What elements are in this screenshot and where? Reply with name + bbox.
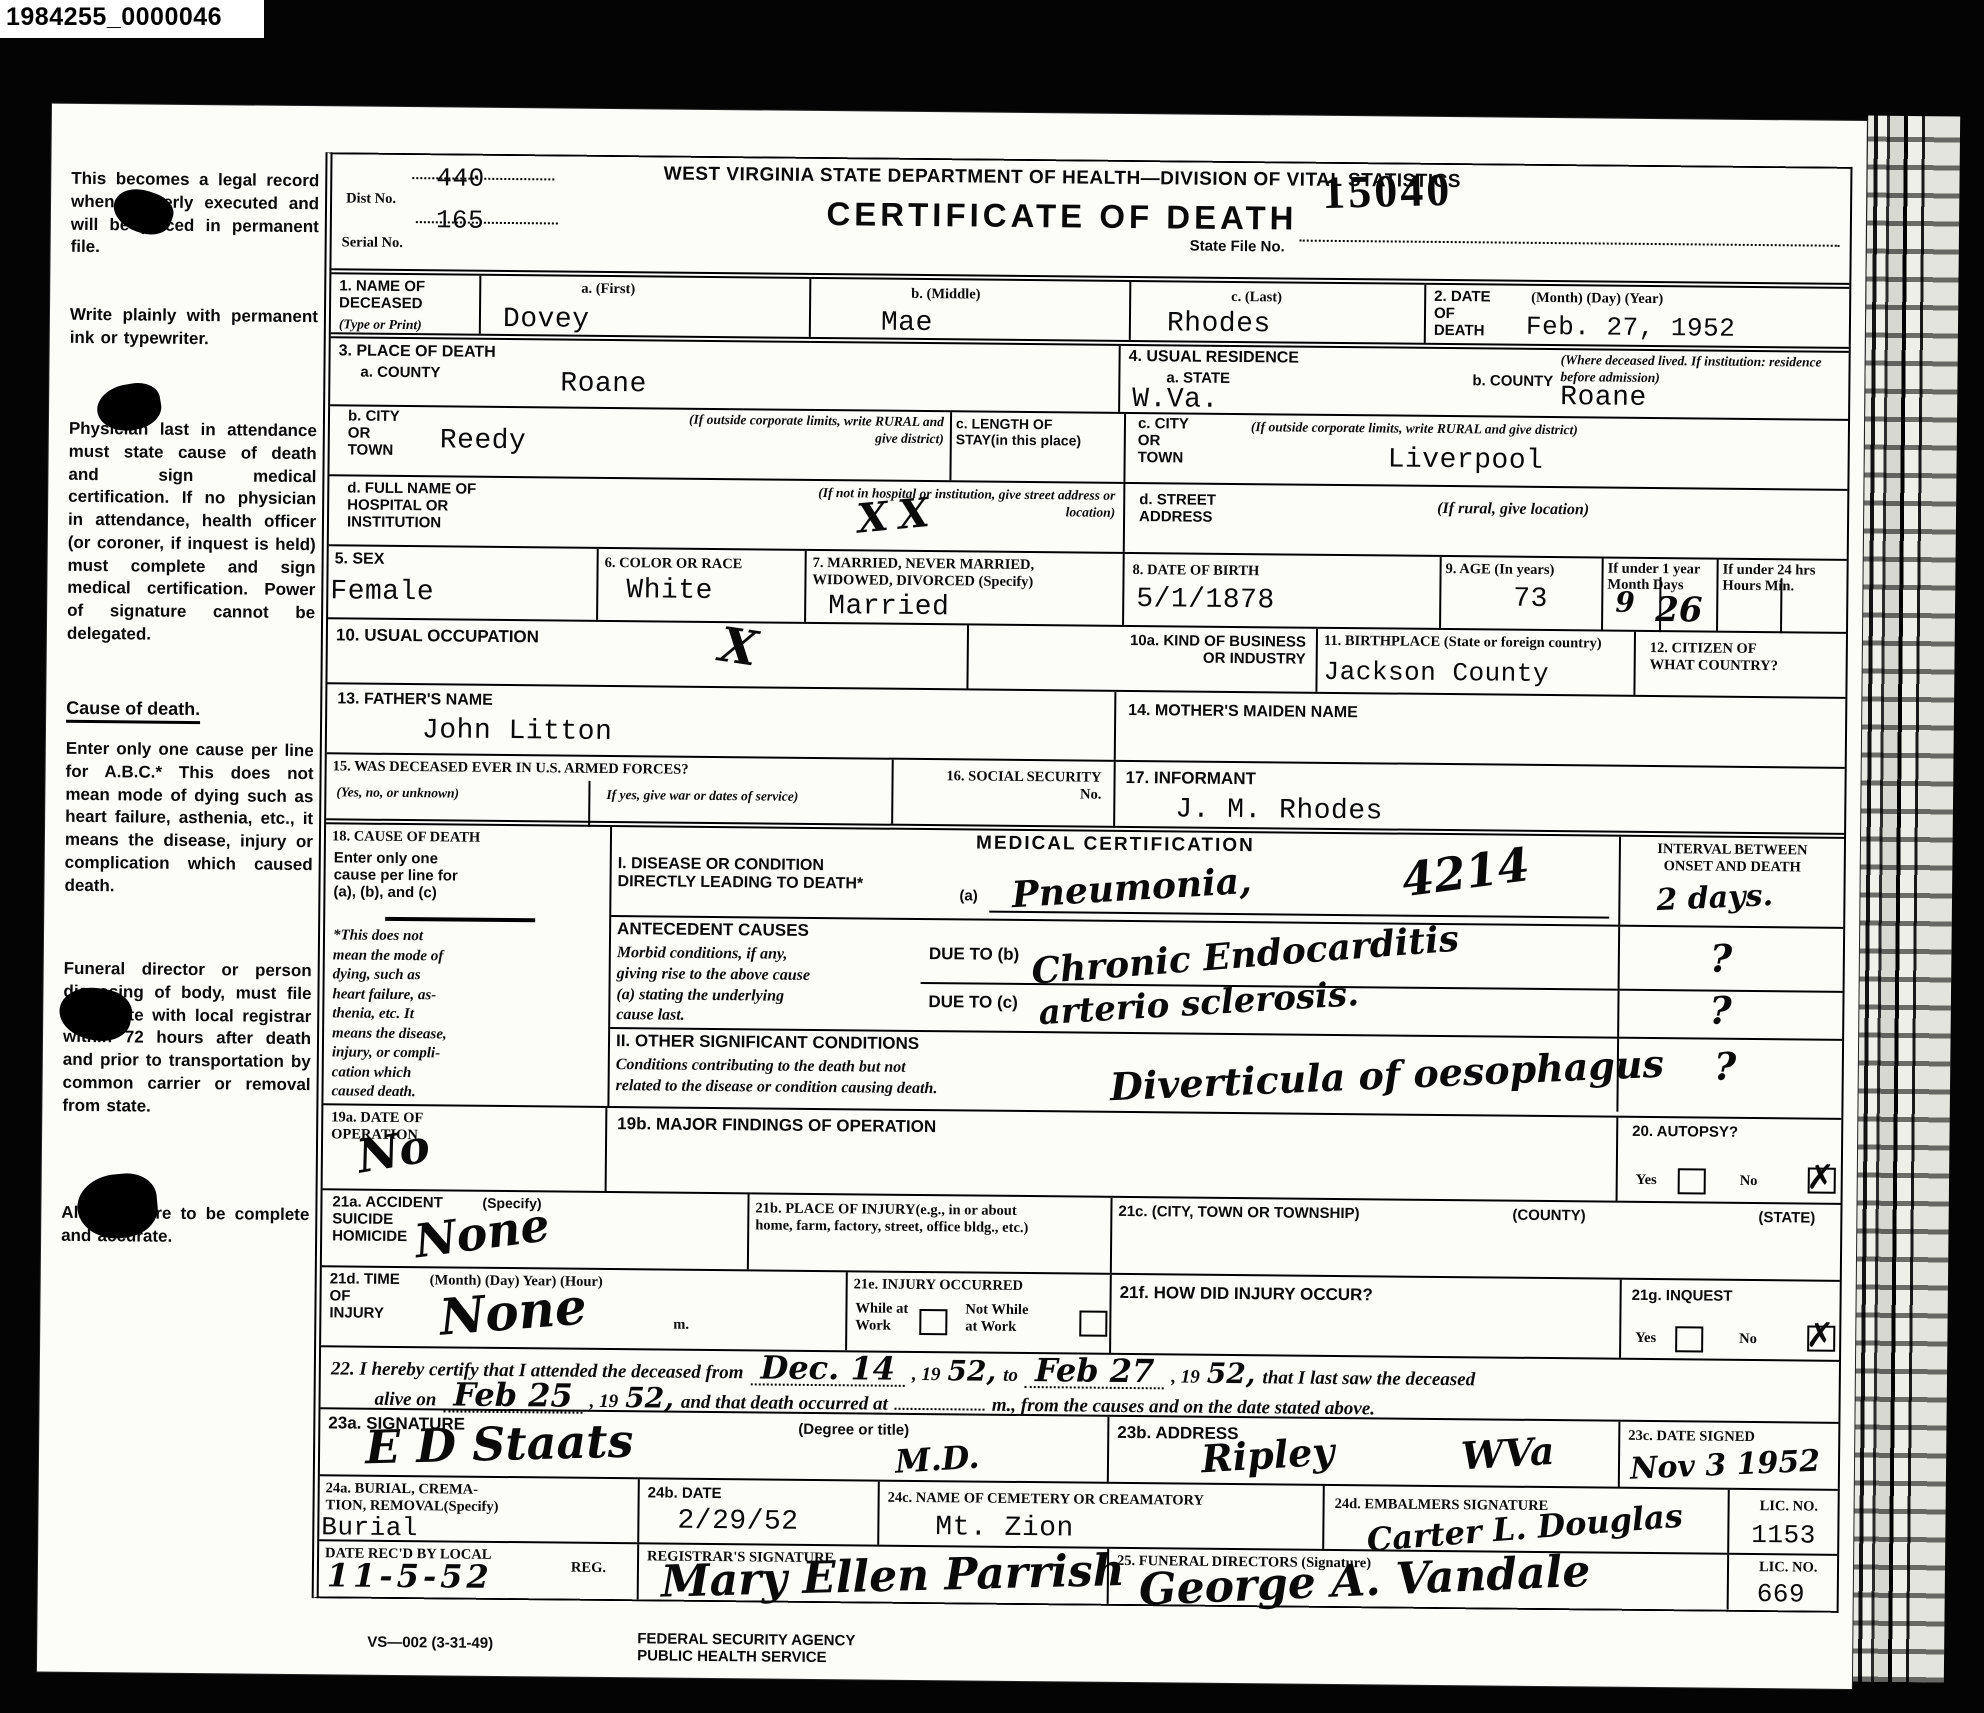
under24-divider xyxy=(1780,578,1783,633)
cell-place-of-injury: 21b. PLACE OF INJURY(e.g., in or about h… xyxy=(749,1194,1113,1272)
margin-note-physician: Physician last in attendance must state … xyxy=(67,418,317,648)
interval-header-cell: INTERVAL BETWEEN ONSET AND DEATH 2 days. xyxy=(1618,837,1844,927)
cell-street-address: d. STREET ADDRESS (If rural, give locati… xyxy=(1125,484,1848,559)
scan-document-id: 1984255_0000046 xyxy=(6,3,222,32)
cell-length-of-stay: c. LENGTH OF STAY(in this place) xyxy=(951,412,1126,482)
street-note: (If rural, give location) xyxy=(1437,499,1589,521)
margin-note-ink: Write plainly with permanent ink or type… xyxy=(70,304,318,352)
certify-blank-line xyxy=(895,1390,985,1411)
cell-res-city: c. CITY OR TOWN (If outside corporate li… xyxy=(1125,414,1848,489)
row-medical-certification: 18. CAUSE OF DEATH Enter only one cause … xyxy=(323,824,1844,1120)
cause-of-death-label: 18. CAUSE OF DEATH xyxy=(332,828,480,847)
disease-label: I. DISEASE OR CONDITION DIRECTLY LEADING… xyxy=(617,855,863,893)
cell-usual-residence: 4. USUAL RESIDENCE (Where deceased lived… xyxy=(1120,346,1849,419)
while-at-work-label: While at Work xyxy=(855,1300,908,1335)
cell-sex: 5. SEX Female xyxy=(328,546,599,620)
date-of-death-value: Feb. 27, 1952 xyxy=(1526,312,1736,344)
while-at-work-checkbox xyxy=(919,1309,947,1335)
certificate-page: This becomes a legal record when properl… xyxy=(37,104,1867,1689)
cell-age: 9. AGE (In years) 73 xyxy=(1441,557,1604,630)
citizen-label: 12. CITIZEN OF WHAT COUNTRY? xyxy=(1650,640,1779,676)
medical-row-bc: ANTECEDENT CAUSES Morbid conditions, if … xyxy=(610,917,1843,1041)
address-state-handwritten: WVa xyxy=(1460,1432,1555,1476)
cell-inquest: 21g. INQUEST Yes No ✗ xyxy=(1621,1280,1840,1360)
other-conditions-value-handwritten: Diverticula of oesophagus xyxy=(1109,1045,1664,1107)
cell-hospital: d. FULL NAME OF HOSPITAL OR INSTITUTION … xyxy=(329,476,1126,552)
not-while-at-work-checkbox xyxy=(1080,1311,1108,1337)
cell-citizen: 12. CITIZEN OF WHAT COUNTRY? xyxy=(1635,632,1846,697)
date-signed-label: 23c. DATE SIGNED xyxy=(1628,1428,1755,1447)
date-of-death-sublabel: (Month) (Day) (Year) xyxy=(1531,290,1663,309)
inquest-no-x-mark: ✗ xyxy=(1806,1316,1835,1356)
funeral-lic-label: LIC. NO. xyxy=(1759,1559,1818,1577)
cemetery-value: Mt. Zion xyxy=(935,1512,1074,1544)
armed-forces-label: 15. WAS DECEASED EVER IN U.S. ARMED FORC… xyxy=(333,758,689,779)
burial-label: 24a. BURIAL, CREMA- TION, REMOVAL(Specif… xyxy=(325,1480,498,1516)
interval-b-value: ? xyxy=(1710,940,1733,978)
middle-name-value: Mae xyxy=(881,308,933,339)
cell-physician-address: 23b. ADDRESS Ripley WVa xyxy=(1109,1417,1621,1487)
cell-burial-date: 24b. DATE 2/29/52 xyxy=(639,1479,880,1544)
res-county-value: Roane xyxy=(1560,382,1647,414)
cell-injury-occurred: 21e. INJURY OCCURRED While at Work Not W… xyxy=(847,1272,1112,1353)
injury-occurred-label: 21e. INJURY OCCURRED xyxy=(854,1276,1023,1295)
cause-note-1: Enter only one cause per line for (a), (… xyxy=(333,850,458,902)
cell-accident: 21a. ACCIDENT SUICIDE HOMICIDE (Specify)… xyxy=(322,1190,750,1269)
margin-instructions: This becomes a legal record when properl… xyxy=(71,164,319,166)
autopsy-no-checkbox: ✗ xyxy=(1808,1168,1836,1194)
state-file-no-label: State File No. xyxy=(1190,239,1285,257)
occupation-value-handwritten: X xyxy=(716,621,760,674)
father-value: John Litton xyxy=(422,715,613,748)
injury-city-label: 21c. (CITY, TOWN OR TOWNSHIP) xyxy=(1118,1204,1359,1223)
funeral-lic-value: 669 xyxy=(1757,1579,1806,1609)
cell-mother: 14. MOTHER'S MAIDEN NAME xyxy=(1116,692,1846,767)
antecedent-label: ANTECEDENT CAUSES xyxy=(617,919,809,940)
interval-label: INTERVAL BETWEEN ONSET AND DEATH xyxy=(1621,841,1844,878)
first-name-label: a. (First) xyxy=(581,281,635,299)
residence-label: 4. USUAL RESIDENCE xyxy=(1129,348,1300,368)
cell-embalmer: 24d. EMBALMERS SIGNATURE Carter L. Dougl… xyxy=(1324,1486,1730,1553)
cell-cause-of-death-column: 18. CAUSE OF DEATH Enter only one cause … xyxy=(323,824,612,1106)
cell-date-signed: 23c. DATE SIGNED Nov 3 1952 xyxy=(1620,1422,1839,1489)
row-time-of-injury: 21d. TIME OF INJURY (Month) (Day) Year) … xyxy=(321,1267,1840,1362)
cell-how-injury: 21f. HOW DID INJURY OCCUR? xyxy=(1111,1275,1622,1358)
res-city-note: (If outside corporate limits, write RURA… xyxy=(1251,419,1691,440)
margin-note-legal: This becomes a legal record when properl… xyxy=(71,168,320,261)
cell-name-label: 1. NAME OF DECEASED (Type or Print) xyxy=(331,274,482,333)
res-state-value: W.Va. xyxy=(1132,384,1219,416)
due-to-c-value-handwritten: arterio sclerosis. xyxy=(1038,977,1360,1030)
interval-c-value: ? xyxy=(1709,992,1732,1030)
burial-date-label: 24b. DATE xyxy=(648,1485,722,1503)
cell-funeral-lic: LIC. NO. 669 xyxy=(1729,1555,1838,1611)
length-of-stay-label: c. LENGTH OF STAY(in this place) xyxy=(956,416,1082,449)
mother-label: 14. MOTHER'S MAIDEN NAME xyxy=(1128,702,1358,722)
cell-injury-city: 21c. (CITY, TOWN OR TOWNSHIP) (COUNTY) (… xyxy=(1112,1198,1841,1280)
date-received-label-2: REG. xyxy=(571,1560,606,1578)
pod-city-value: Reedy xyxy=(440,425,527,457)
form-header: Dist No. 440 Serial No. 165 WEST VIRGINI… xyxy=(331,154,1850,289)
scan-id-bar: 1984255_0000046 xyxy=(0,0,264,38)
scanned-death-certificate: 1984255_0000046 This becomes a legal rec… xyxy=(0,0,1984,1713)
due-to-b-row: DUE TO (b) Chronic Endocarditis ? xyxy=(921,920,1844,993)
certify-alive-date-handwritten: Feb 25 xyxy=(443,1378,583,1413)
margin-heading-cause-of-death: Cause of death. xyxy=(66,698,200,724)
cell-operation-findings: 19b. MAJOR FINDINGS OF OPERATION xyxy=(607,1108,1619,1201)
how-injury-label: 21f. HOW DID INJURY OCCUR? xyxy=(1120,1283,1373,1304)
due-to-c-row: DUE TO (c) arterio sclerosis. ? xyxy=(920,984,1842,1039)
due-to-b-label: DUE TO (b) xyxy=(929,944,1020,964)
first-name-value: Dovey xyxy=(503,304,590,336)
under1-days-value: 26 xyxy=(1655,593,1703,627)
armed-forces-sub2: If yes, give war or dates of service) xyxy=(606,787,798,806)
informant-value: J. M. Rhodes xyxy=(1175,794,1383,827)
date-received-value-handwritten: 11-5-52 xyxy=(327,1559,493,1593)
place-of-death-label: 3. PLACE OF DEATH xyxy=(339,342,496,361)
serial-no-value: 165 xyxy=(436,205,485,235)
inquest-label: 21g. INQUEST xyxy=(1632,1288,1733,1306)
interval-ii-value: ? xyxy=(1714,1048,1737,1086)
cell-informant: 17. INFORMANT J. M. Rhodes xyxy=(1115,762,1845,833)
cell-father: 13. FATHER'S NAME John Litton xyxy=(327,684,1117,760)
cell-burial: 24a. BURIAL, CREMA- TION, REMOVAL(Specif… xyxy=(319,1476,640,1542)
name-label: 1. NAME OF DECEASED xyxy=(339,278,425,312)
interval-c-cell: ? xyxy=(1617,991,1842,1039)
operation-date-value-handwritten: No xyxy=(354,1122,433,1179)
cell-ssn: 16. SOCIAL SECURITY No. xyxy=(893,760,1116,826)
degree-value-handwritten: M.D. xyxy=(894,1441,980,1478)
certificate-form: Dist No. 440 Serial No. 165 WEST VIRGINI… xyxy=(312,152,1853,1613)
res-county-label: b. COUNTY xyxy=(1472,373,1553,391)
burial-value: Burial xyxy=(321,1512,418,1543)
interval-b-cell: ? xyxy=(1618,927,1844,991)
registrar-signature-handwritten: Mary Ellen Parrish xyxy=(660,1549,1125,1605)
birthplace-value: Jackson County xyxy=(1323,657,1549,689)
last-name-value: Rhodes xyxy=(1167,308,1271,340)
cell-embalmer-lic: LIC. NO. 1153 xyxy=(1729,1490,1838,1554)
place-of-injury-label: 21b. PLACE OF INJURY(e.g., in or about h… xyxy=(755,1200,1028,1237)
disease-a-label: (a) xyxy=(959,888,978,905)
medical-row-ii: II. OTHER SIGNIFICANT CONDITIONS Conditi… xyxy=(609,1029,1842,1114)
embalmer-lic-value: 1153 xyxy=(1751,1520,1816,1551)
serial-no-label: Serial No. xyxy=(342,234,403,252)
cell-funeral-director: 25. FUNERAL DIRECTORS (Signature) George… xyxy=(1109,1549,1729,1610)
autopsy-label: 20. AUTOPSY? xyxy=(1632,1124,1738,1142)
row-operation-autopsy: 19a. DATE OF OPERATION No 19b. MAJOR FIN… xyxy=(323,1105,1842,1205)
cell-age-under24: If under 24 hrs Hours Min. xyxy=(1718,560,1847,632)
dob-value: 5/1/1878 xyxy=(1136,584,1275,616)
state-file-no-line xyxy=(1300,240,1840,247)
stamp-number: 15040 xyxy=(1322,163,1453,219)
pod-county-value: Roane xyxy=(560,369,647,401)
certify-year-1-handwritten: 52, xyxy=(947,1357,996,1385)
cell-cemetery: 24c. NAME OF CEMETERY OR CREAMATORY Mt. … xyxy=(879,1482,1325,1549)
scan-edge-artifact xyxy=(1852,116,1960,1683)
cell-date-received: DATE REC'D BY LOCAL REG. 11-5-52 xyxy=(319,1541,640,1599)
inquest-yes-checkbox xyxy=(1675,1326,1703,1352)
pod-city-note: (If outside corporate limits, write RURA… xyxy=(644,411,944,448)
street-label: d. STREET ADDRESS xyxy=(1139,492,1216,526)
cell-race: 6. COLOR OR RACE White xyxy=(598,549,807,622)
hospital-label: d. FULL NAME OF HOSPITAL OR INSTITUTION xyxy=(347,480,476,532)
cell-registrar-signature: REGISTRAR'S SIGNATURE Mary Ellen Parrish xyxy=(639,1544,1110,1604)
cell-last-name: c. (Last) Rhodes xyxy=(1131,282,1427,343)
autopsy-no-x-mark: ✗ xyxy=(1806,1158,1835,1198)
name-note: (Type or Print) xyxy=(339,316,422,334)
agency-footer: FEDERAL SECURITY AGENCY PUBLIC HEALTH SE… xyxy=(637,1631,855,1667)
due-to-b-value-handwritten: Chronic Endocarditis xyxy=(1030,921,1460,990)
birthplace-label: 11. BIRTHPLACE (State or foreign country… xyxy=(1324,633,1602,653)
pod-city-label: b. CITY OR TOWN xyxy=(348,408,400,459)
physician-signature-handwritten: E D Staats xyxy=(365,1418,634,1471)
armed-forces-divider xyxy=(588,781,590,827)
date-of-death-label: 2. DATE OF DEATH xyxy=(1434,289,1491,340)
time-of-injury-value-handwritten: None xyxy=(438,1281,589,1342)
hospital-value-handwritten: XX xyxy=(855,492,941,540)
autopsy-yes-label: Yes xyxy=(1636,1172,1657,1190)
res-city-value: Liverpool xyxy=(1387,444,1543,476)
cell-occupation: 10. USUAL OCCUPATION X xyxy=(327,619,969,688)
ssn-label: 16. SOCIAL SECURITY No. xyxy=(901,768,1101,805)
cell-place-of-death: 3. PLACE OF DEATH a. COUNTY Roane xyxy=(330,338,1121,412)
res-city-label: c. CITY OR TOWN xyxy=(1138,416,1189,467)
sex-label: 5. SEX xyxy=(335,550,385,568)
age-label: 9. AGE (In years) xyxy=(1446,561,1555,579)
certify-year-2-handwritten: 52, xyxy=(1207,1360,1256,1388)
father-label: 13. FATHER'S NAME xyxy=(337,690,493,709)
inquest-no-label: No xyxy=(1739,1331,1757,1349)
hospital-note: (If not in hospital or institution, give… xyxy=(785,485,1115,522)
dob-label: 8. DATE OF BIRTH xyxy=(1132,562,1259,581)
not-while-at-work-label: Not While at Work xyxy=(965,1301,1028,1336)
cell-age-under1: If under 1 year Month Days 9 26 xyxy=(1603,559,1719,631)
sex-value: Female xyxy=(330,576,434,608)
under1-month-value: 9 xyxy=(1615,589,1635,617)
medical-row-a: MEDICAL CERTIFICATION I. DISEASE OR COND… xyxy=(611,827,1844,929)
marital-label: 7. MARRIED, NEVER MARRIED, WIDOWED, DIVO… xyxy=(812,555,1034,592)
operation-findings-label: 19b. MAJOR FINDINGS OF OPERATION xyxy=(617,1114,936,1136)
address-city-handwritten: Ripley xyxy=(1200,1432,1335,1478)
cell-middle-name: b. (Middle) Mae xyxy=(811,279,1132,340)
inquest-yes-label: Yes xyxy=(1635,1330,1656,1348)
interval-a-value: 2 days. xyxy=(1656,881,1774,916)
margin-note-one-cause: Enter only one cause per line for A.B.C.… xyxy=(64,738,314,900)
certify-year-3-handwritten: 52, xyxy=(625,1384,674,1412)
degree-label: (Degree or title) xyxy=(798,1422,909,1440)
other-conditions-note: Conditions contributing to the death but… xyxy=(615,1055,937,1100)
middle-name-label: b. (Middle) xyxy=(911,286,980,304)
other-conditions-label: II. OTHER SIGNIFICANT CONDITIONS xyxy=(616,1031,919,1053)
marital-value: Married xyxy=(828,591,949,623)
embalmer-lic-label: LIC. NO. xyxy=(1760,1498,1819,1516)
cell-physician-signature: 23a. SIGNATURE E D Staats (Degree or tit… xyxy=(320,1409,1110,1482)
pod-county-label: a. COUNTY xyxy=(360,365,440,383)
cell-business: 10a. KIND OF BUSINESS OR INDUSTRY xyxy=(968,625,1318,691)
cause-note-rule xyxy=(385,917,535,922)
row-accident: 21a. ACCIDENT SUICIDE HOMICIDE (Specify)… xyxy=(322,1190,1841,1282)
cell-dob: 8. DATE OF BIRTH 5/1/1878 xyxy=(1124,554,1442,628)
race-label: 6. COLOR OR RACE xyxy=(605,555,743,574)
autopsy-yes-checkbox xyxy=(1678,1168,1706,1194)
form-number: VS—002 (3-31-49) xyxy=(367,1635,493,1653)
cemetery-label: 24c. NAME OF CEMETERY OR CREAMATORY xyxy=(888,1490,1205,1510)
armed-forces-sub1: (Yes, no, or unknown) xyxy=(336,784,459,802)
time-of-injury-label: 21d. TIME OF INJURY xyxy=(329,1271,399,1322)
due-to-rows: DUE TO (b) Chronic Endocarditis ? DUE TO… xyxy=(920,920,1843,1039)
cell-marital: 7. MARRIED, NEVER MARRIED, WIDOWED, DIVO… xyxy=(806,551,1125,625)
informant-label: 17. INFORMANT xyxy=(1125,768,1256,788)
cell-armed-forces: 15. WAS DECEASED EVER IN U.S. ARMED FORC… xyxy=(326,754,894,823)
cell-birthplace: 11. BIRTHPLACE (State or foreign country… xyxy=(1317,629,1636,695)
medical-right-area: MEDICAL CERTIFICATION I. DISEASE OR COND… xyxy=(609,827,1844,1118)
cell-operation-date: 19a. DATE OF OPERATION No xyxy=(323,1105,608,1191)
burial-date-value: 2/29/52 xyxy=(677,1506,798,1538)
autopsy-no-label: No xyxy=(1740,1173,1758,1191)
date-signed-value-handwritten: Nov 3 1952 xyxy=(1629,1447,1820,1485)
injury-county-label: (COUNTY) xyxy=(1512,1208,1585,1226)
time-of-injury-m-label: m. xyxy=(673,1317,689,1335)
antecedent-note: Morbid conditions, if any, giving rise t… xyxy=(616,943,810,1028)
cell-time-of-injury: 21d. TIME OF INJURY (Month) (Day) Year) … xyxy=(321,1267,848,1350)
cause-note-2: *This does not mean the mode of dying, s… xyxy=(331,926,447,1103)
under24-columns: Hours Min. xyxy=(1722,578,1794,596)
interval-ii-cell: ? xyxy=(1616,1039,1842,1114)
cell-pod-city: b. CITY OR TOWN Reedy (If outside corpor… xyxy=(329,406,952,480)
cell-date-of-death: 2. DATE OF DEATH (Month) (Day) (Year) Fe… xyxy=(1426,285,1850,347)
cell-first-name: a. (First) Dovey xyxy=(481,276,812,337)
dist-no-label: Dist No. xyxy=(346,190,396,208)
cell-autopsy: 20. AUTOPSY? Yes No ✗ xyxy=(1618,1118,1842,1203)
dist-no-value: 440 xyxy=(436,163,485,193)
business-label: 10a. KIND OF BUSINESS OR INDUSTRY xyxy=(1130,633,1306,668)
due-to-c-label: DUE TO (c) xyxy=(928,992,1018,1012)
race-value: White xyxy=(626,575,713,607)
antecedent-note-block: ANTECEDENT CAUSES Morbid conditions, if … xyxy=(610,917,921,1030)
last-name-label: c. (Last) xyxy=(1231,289,1282,307)
injury-state-label: (STATE) xyxy=(1758,1210,1815,1227)
age-value: 73 xyxy=(1513,584,1548,615)
inquest-no-checkbox: ✗ xyxy=(1808,1326,1836,1352)
occupation-label: 10. USUAL OCCUPATION xyxy=(336,625,539,646)
